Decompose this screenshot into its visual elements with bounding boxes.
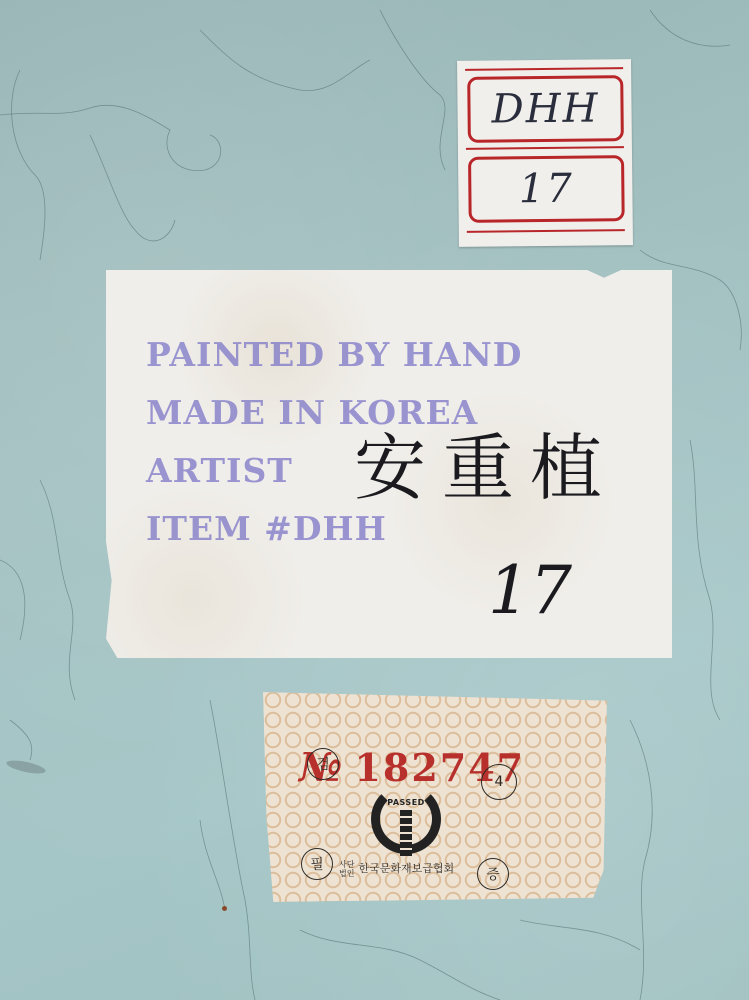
artist-label: PAINTED BY HAND MADE IN KOREA ARTIST ITE…	[106, 270, 672, 658]
seal-left-text: 검	[316, 754, 330, 774]
tag-code: DHH	[491, 85, 599, 132]
handwritten-artist-name: 安重植	[354, 410, 618, 514]
corner-seal-left: 필	[301, 848, 333, 880]
inventory-tag-label: DHH 17	[457, 59, 633, 247]
tag-rule-bottom	[467, 229, 625, 233]
corner-right-text: 증	[486, 864, 500, 884]
stamp-line-painted: PAINTED BY HAND	[146, 326, 522, 384]
inspection-seal-number: 4	[481, 764, 517, 800]
passed-stamp-bar	[400, 810, 412, 856]
issuer-prefix: 사단 법인	[339, 860, 354, 878]
certificate-ticket: №182747 검 4 PASSED 필 증 사단 법인한국문화재보급협회	[263, 690, 607, 902]
inspection-seal-left: 검	[307, 748, 339, 780]
corner-seal-right: 증	[477, 858, 509, 890]
issuer-name: 한국문화재보급협회	[358, 862, 454, 875]
passed-stamp-text: PASSED	[381, 798, 431, 807]
tag-rule-middle	[466, 146, 624, 150]
tag-box-code: DHH	[467, 75, 624, 143]
corner-left-text: 필	[310, 854, 324, 874]
seal-number-text: 4	[495, 774, 504, 790]
handwritten-item-number: 17	[488, 552, 572, 629]
tag-number: 17	[519, 166, 574, 213]
tag-box-number: 17	[468, 155, 625, 223]
paper-speck	[222, 906, 227, 911]
issuer-text: 사단 법인한국문화재보급협회	[339, 860, 454, 878]
tag-rule-top	[465, 67, 623, 71]
